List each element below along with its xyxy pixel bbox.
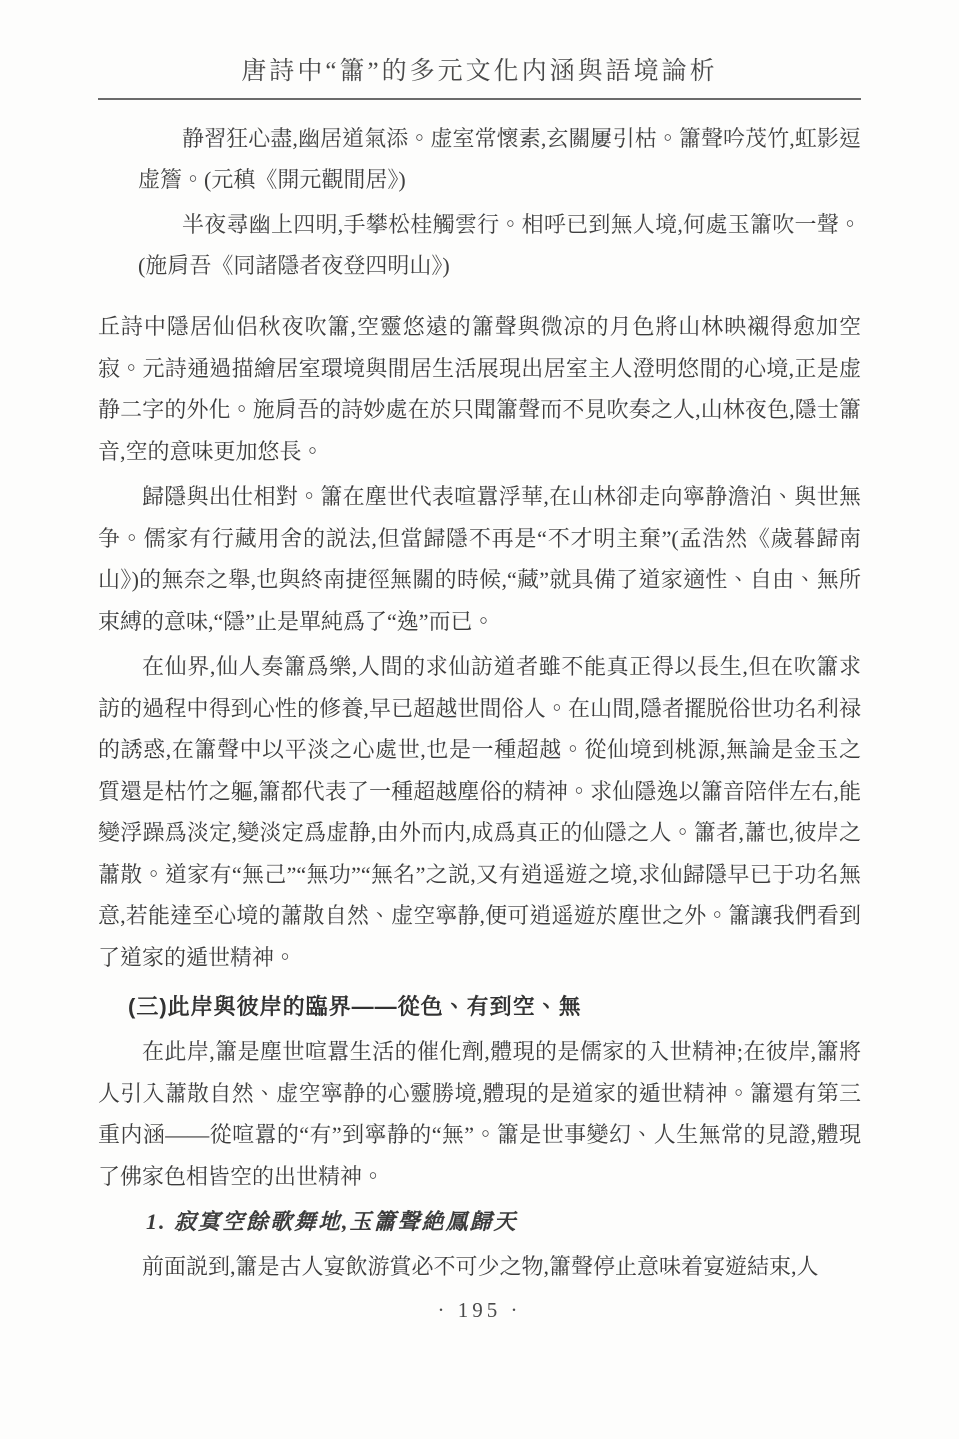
body-text: 丘詩中隱居仙侣秋夜吹簫,空靈悠遠的簫聲與微凉的月色將山林映襯得愈加空寂。元詩通過… bbox=[98, 306, 861, 1288]
book-page: 唐詩中“簫”的多元文化内涵與語境論析 静習狂心盡,幽居道氣添。虚室常懷素,玄關屢… bbox=[0, 0, 959, 1439]
poem-quote-1: 静習狂心盡,幽居道氣添。虚室常懷素,玄關屢引枯。簫聲吟茂竹,虹影逗虚簷。(元稹《… bbox=[138, 118, 861, 200]
section-heading: (三)此岸與彼岸的臨界——從色、有到空、無 bbox=[98, 986, 861, 1027]
running-title: 唐詩中“簫”的多元文化内涵與語境論析 bbox=[98, 0, 861, 88]
subsection-heading: 1. 寂寞空餘歌舞地,玉簫聲絶鳳歸天 bbox=[98, 1201, 861, 1242]
paragraph-3: 在仙界,仙人奏簫爲樂,人間的求仙訪道者雖不能真正得以長生,但在吹簫求訪的過程中得… bbox=[98, 646, 861, 978]
paragraph-1: 丘詩中隱居仙侣秋夜吹簫,空靈悠遠的簫聲與微凉的月色將山林映襯得愈加空寂。元詩通過… bbox=[98, 306, 861, 472]
paragraph-2: 歸隱與出仕相對。簫在塵世代表喧囂浮華,在山林卻走向寧静澹泊、與世無争。儒家有行藏… bbox=[98, 476, 861, 642]
header-rule-divider bbox=[98, 98, 861, 100]
poem-quote-block: 静習狂心盡,幽居道氣添。虚室常懷素,玄關屢引枯。簫聲吟茂竹,虹影逗虚簷。(元稹《… bbox=[98, 118, 861, 286]
poem-quote-2: 半夜尋幽上四明,手攀松桂觸雲行。相呼已到無人境,何處玉簫吹一聲。(施肩吾《同諸隱… bbox=[138, 204, 861, 286]
page-number: · 195 · bbox=[0, 1298, 959, 1323]
page-content: 唐詩中“簫”的多元文化内涵與語境論析 静習狂心盡,幽居道氣添。虚室常懷素,玄關屢… bbox=[98, 0, 861, 1288]
paragraph-4: 在此岸,簫是塵世喧囂生活的催化劑,體現的是儒家的入世精神;在彼岸,簫將人引入蕭散… bbox=[98, 1031, 861, 1197]
paragraph-5: 前面説到,簫是古人宴飲游賞必不可少之物,簫聲停止意味着宴遊結束,人 bbox=[98, 1246, 861, 1288]
